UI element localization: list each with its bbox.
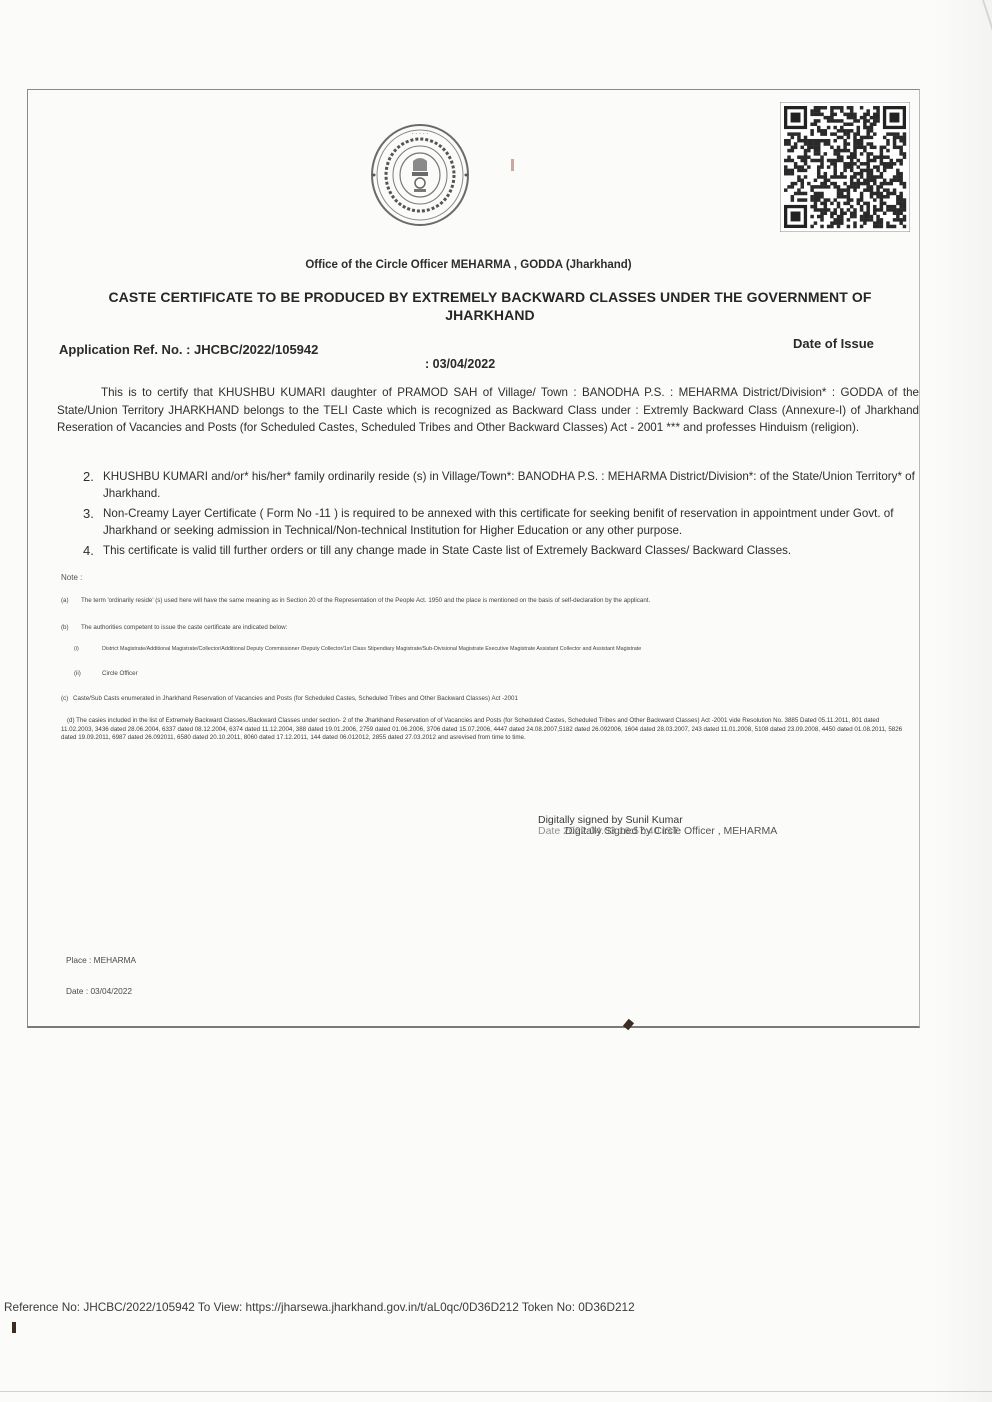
clause-text: KHUSHBU KUMARI and/or* his/her* family o… xyxy=(103,470,915,500)
certification-paragraph: This is to certify that KHUSHBU KUMARI d… xyxy=(57,384,919,437)
note-text: Circle Officer xyxy=(102,670,138,677)
digital-signature: Digitally signed by Sunil Kumar Date 202… xyxy=(538,815,683,838)
application-ref-no: Application Ref. No. : JHCBC/2022/105942 xyxy=(59,342,318,357)
clause-item: 3.Non-Creamy Layer Certificate ( Form No… xyxy=(76,505,919,539)
note-tag: (i) xyxy=(74,646,102,652)
date-of-issue-value: : 03/04/2022 xyxy=(425,357,495,371)
title-line-1: CASTE CERTIFICATE TO BE PRODUCED BY EXTR… xyxy=(60,288,920,306)
numbered-clauses: 2.KHUSHBU KUMARI and/or* his/her* family… xyxy=(76,468,919,562)
note-label: Note : xyxy=(61,573,82,582)
note-c: (c)Caste/Sub Casts enumerated in Jharkha… xyxy=(61,695,518,702)
note-b: (b)The authorities competent to issue th… xyxy=(61,624,287,631)
note-text: The authorities competent to issue the c… xyxy=(81,624,287,631)
clause-number: 3. xyxy=(83,505,94,522)
note-b-ii: (ii)Circle Officer xyxy=(74,670,138,677)
note-tag: (c) xyxy=(61,695,73,702)
signature-overlap: Date 2022.04.03 16:57:40 IST Digitally S… xyxy=(538,826,683,838)
clause-item: 4.This certificate is valid till further… xyxy=(76,542,919,559)
date-of-issue-label: Date of Issue xyxy=(793,336,874,351)
note-tag: (a) xyxy=(61,597,81,604)
title-line-2: JHARKHAND xyxy=(60,306,920,324)
certificate-title: CASTE CERTIFICATE TO BE PRODUCED BY EXTR… xyxy=(60,288,920,324)
clause-number: 4. xyxy=(83,542,94,559)
qr-code-icon xyxy=(780,102,910,232)
clause-text: Non-Creamy Layer Certificate ( Form No -… xyxy=(103,507,893,537)
date: Date : 03/04/2022 xyxy=(66,986,132,996)
issuing-office: Office of the Circle Officer MEHARMA , G… xyxy=(0,259,992,271)
government-emblem-icon: · · · · · xyxy=(368,123,472,227)
note-text: Caste/Sub Casts enumerated in Jharkhand … xyxy=(73,695,518,702)
ink-mark xyxy=(511,159,514,171)
note-tag: (ii) xyxy=(74,670,102,677)
ink-mark xyxy=(12,1322,16,1333)
clause-text: This certificate is valid till further o… xyxy=(103,544,791,557)
scan-shading xyxy=(932,0,992,1402)
note-tag: (b) xyxy=(61,624,81,631)
note-text: District Magistrate/Additional Magistrat… xyxy=(102,646,641,652)
note-b-i: (i)District Magistrate/Additional Magist… xyxy=(74,646,641,652)
footer-reference: Reference No: JHCBC/2022/105942 To View:… xyxy=(4,1300,635,1314)
note-a: (a)The term 'ordinarily reside' (s) used… xyxy=(61,597,650,604)
clause-number: 2. xyxy=(83,468,94,485)
note-text: The term 'ordinarily reside' (s) used he… xyxy=(81,597,650,604)
svg-text:· · · · ·: · · · · · xyxy=(411,131,428,138)
place: Place : MEHARMA xyxy=(66,955,136,965)
note-d: (d) The casies included in the list of E… xyxy=(61,717,911,743)
clause-item: 2.KHUSHBU KUMARI and/or* his/her* family… xyxy=(76,468,919,502)
signature-authority: Digitally Signed by Circle Officer , MEH… xyxy=(565,826,777,837)
scan-bottom-edge xyxy=(0,1391,992,1392)
